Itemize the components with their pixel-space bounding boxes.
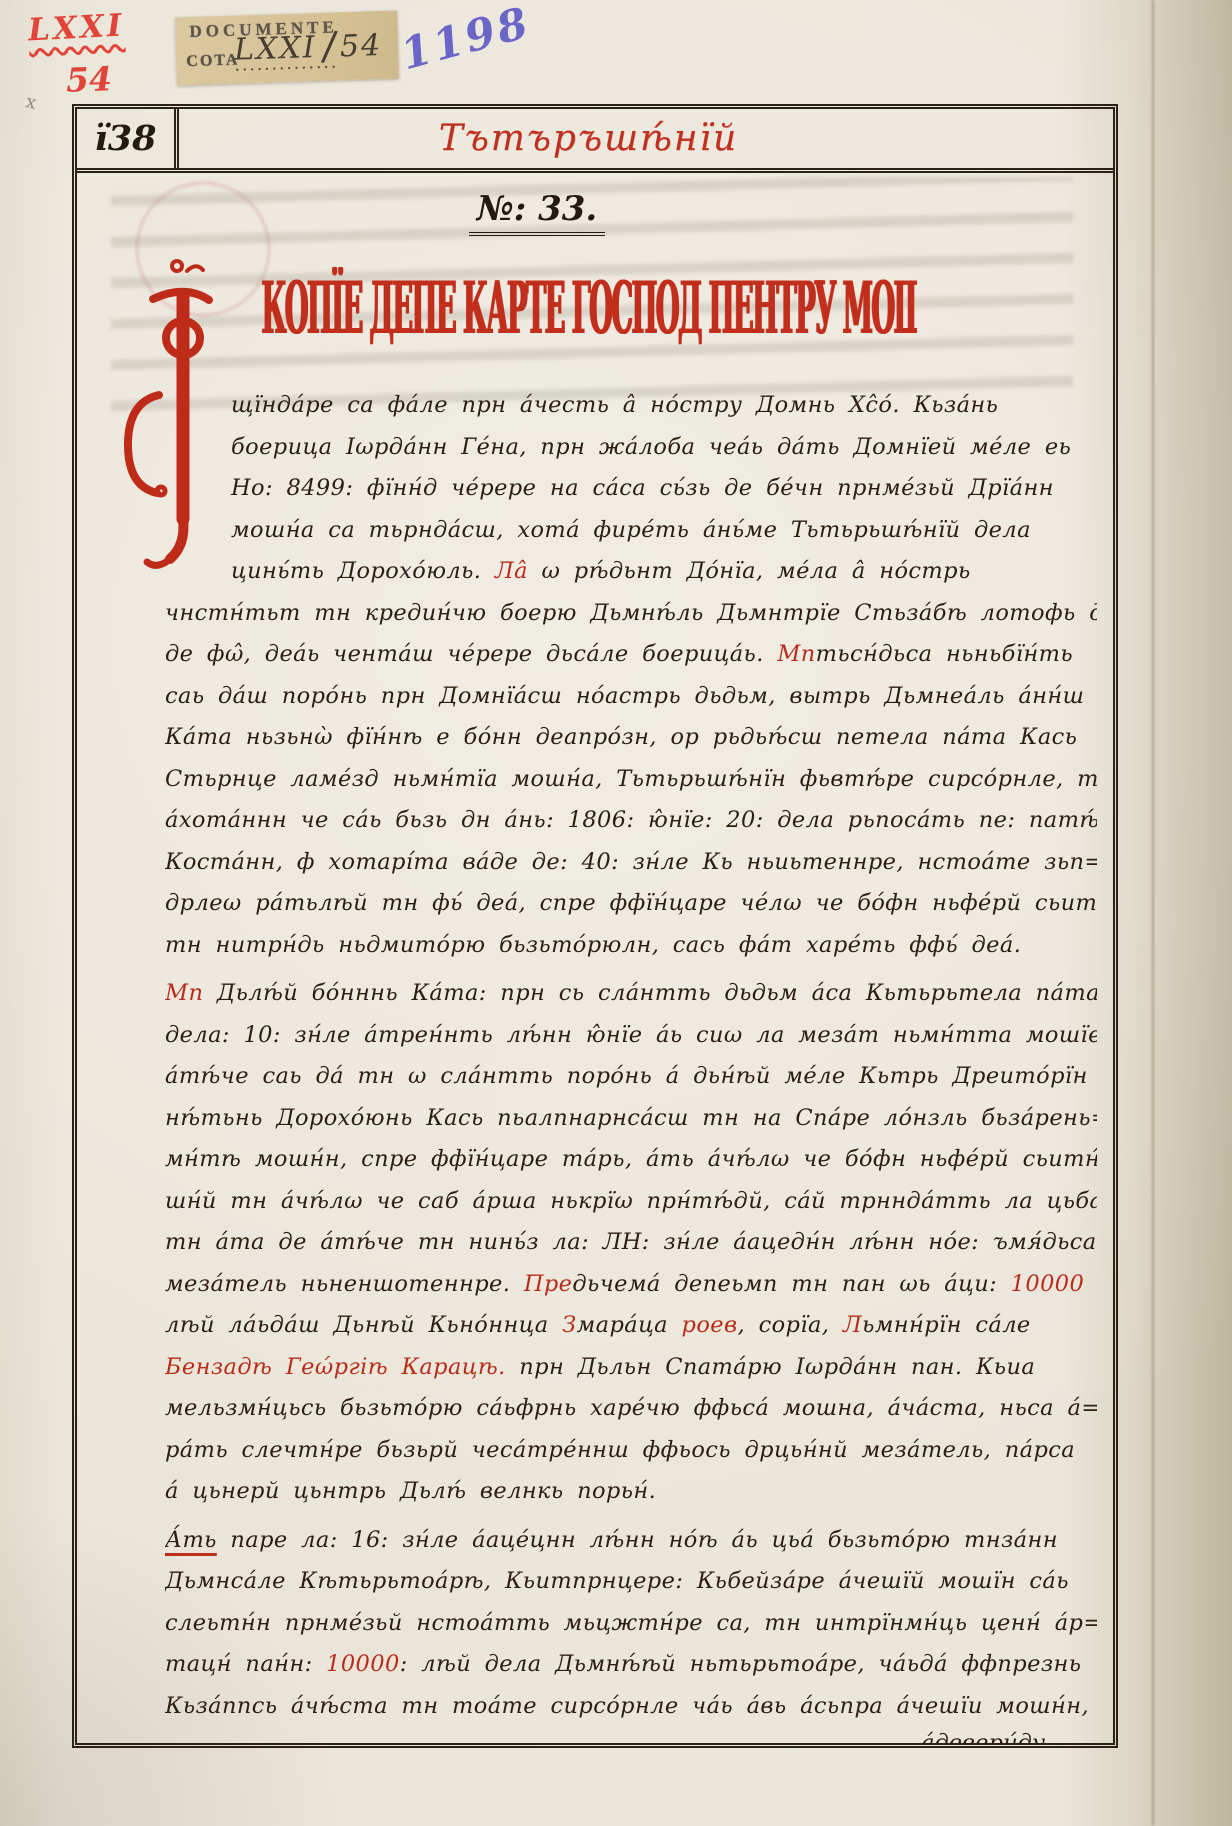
ink-text: А́ть	[165, 1527, 217, 1553]
manuscript-line: боерица Іωрда́нн Ге́на, прн жа́лоба чеа́…	[165, 427, 1097, 469]
page-body-area: №: 33. КОПЇЕ ДЕПЕ КАРТЕ ГОСПОД ПЕНТРУ МО…	[77, 173, 1113, 1743]
blue-ink-number: 1198	[396, 0, 536, 80]
calligraphic-heading-text: КОПЇЕ ДЕПЕ КАРТЕ ГОСПОД ПЕНТРУ МОШЇЯ ТЪТ…	[261, 267, 917, 351]
ink-text: нѣ́тьнь Дорохо́юнь Кась пьалпнарнса́сш т…	[165, 1105, 1097, 1131]
red-ink-text: Бензадѣ Геώргіѣ Карацѣ.	[165, 1354, 506, 1380]
manuscript-line: Коста́нн, ф хотарі́та ва́де де: 40: зн́л…	[165, 842, 1097, 884]
sticker-handwritten-number: 54	[339, 28, 382, 64]
red-ink-text: 10000	[326, 1651, 400, 1677]
manuscript-line: меза́тель ньненшотеннре. Предьчема́ депе…	[165, 1264, 1097, 1306]
paper-edge	[1152, 0, 1154, 1826]
manuscript-line: ра́ть слечтн́ре бьзьрй чеса́тре́ннш ффьо…	[165, 1430, 1097, 1472]
manuscript-line: а́ цьнерй цьнтрь Дьлѣ́ велнкь порьн́.	[165, 1471, 1097, 1513]
ink-text: де фω̂, деа́ь чента́ш че́рере дьса́ле бо…	[165, 641, 777, 667]
manuscript-line: де фω̂, деа́ь чента́ш че́рере дьса́ле бо…	[165, 634, 1097, 676]
manuscript-line: Стьрнце ламе́зд ньмн́тїа мошн́а, Тьтьрьш…	[165, 759, 1097, 801]
manuscript-line: А́ть паре ла: 16: зн́ле а́аце́цнн лѣ́нн …	[165, 1520, 1097, 1562]
catchword: а́деверн́ду	[165, 1730, 1097, 1743]
manuscript-line: цинь́ть Дорохо́юль. Ла̂ ω рѣ́дьнт До́нїа…	[165, 551, 1097, 593]
manuscript-line: Бензадѣ Геώргіѣ Карацѣ. прн Дьльн Спата́…	[165, 1347, 1097, 1389]
ink-text: тн а́та де а́тѣ́че тн нинь́з ла: ЛН: зн́…	[165, 1229, 1097, 1255]
archival-number-red: 54	[65, 59, 112, 100]
document-number-text: №: 33.	[469, 189, 606, 236]
sticker-handwritten-code: LXXI	[233, 30, 317, 68]
ink-text: Стьрнце ламе́зд ньмн́тїа мошн́а, Тьтьрьш…	[165, 766, 1097, 792]
red-ink-text: Мп	[165, 980, 203, 1006]
ink-text: щїнда́ре са фа́ле прн а́честь а̂ но́стру…	[231, 392, 998, 418]
red-ink-text: роев	[682, 1312, 738, 1338]
sticker-handwritten-cota: LXXI/54	[233, 19, 383, 70]
manuscript-line: шн́й тн а́чѣ́лω че саб а́рша нькрїω прн́…	[165, 1181, 1097, 1223]
ink-text: а́ цьнерй цьнтрь Дьлѣ́ велнкь порьн́.	[165, 1478, 656, 1504]
ink-text: тн нитрн́дь ньдмито́рю бьзьто́рюлн, сась…	[165, 932, 1021, 958]
ink-text: чнстн́тьт тн кредин́чю боерю Дьмнѣ́ль Дь…	[165, 600, 1097, 626]
ink-text: цинь́ть Дорохо́юль.	[231, 558, 495, 584]
manuscript-line: тн нитрн́дь ньдмито́рю бьзьто́рюлн, сась…	[165, 925, 1097, 967]
body-text: щїнда́ре са фа́ле прн а́честь а̂ но́стру…	[165, 385, 1097, 1743]
archival-code-red: LXXI	[27, 8, 125, 49]
manuscript-line: тацн́ пан́н: 10000: лѣй дела Дьмнѣ́ѣй нь…	[165, 1644, 1097, 1686]
manuscript-line: нѣ́тьнь Дорохо́юнь Кась пьалпнарнса́сш т…	[165, 1098, 1097, 1140]
ink-text: мн́тѣ мошн́н, спре ффїн́царе та́рь, а́ть…	[165, 1146, 1097, 1172]
ink-text: шн́й тн а́чѣ́лω че саб а́рша нькрїω прн́…	[165, 1188, 1097, 1214]
ink-text: меза́тель ньненшотеннре.	[165, 1271, 524, 1297]
ink-text: дрлеω ра́тьлѣй тн фь́ деа́, спре ффїн́ца…	[165, 890, 1097, 916]
ink-text: тацн́ пан́н:	[165, 1651, 326, 1677]
manuscript-line: мельзмн́цьсь бьзьто́рю са́ьфрнь харе́чю …	[165, 1388, 1097, 1430]
ink-text: Дьлѣ́й бо́нннь Ка́та: прн сь сла́нтть дь…	[203, 980, 1097, 1006]
sticker-handwritten-slash: /	[320, 23, 340, 70]
ink-text: боерица Іωрда́нн Ге́на, прн жа́лоба чеа́…	[231, 434, 1071, 460]
ink-text: дьчема́ депеьмп тн пан ωь а́ци:	[572, 1271, 1010, 1297]
red-ink-text: Ла̂	[495, 558, 528, 584]
document-frame: ï38 Тътъръшѣ́нїй №: 33. КОПЇЕ ДЕПЕ КАРТЕ…	[72, 104, 1118, 1748]
manuscript-line: чнстн́тьт тн кредин́чю боерю Дьмнѣ́ль Дь…	[165, 593, 1097, 635]
ink-text: , сорїа,	[738, 1312, 843, 1338]
manuscript-line: а́тѣ́че саь да́ тн ω сла́нтть поро́нь а́…	[165, 1056, 1097, 1098]
pencil-check-mark: x	[24, 91, 39, 114]
manuscript-line: дела: 10: зн́ле а́трен́нть лѣ́нн ю̂нїе а…	[165, 1015, 1097, 1057]
ink-text: тьсн́дьса ньньбїн́ть	[816, 641, 1073, 667]
document-number: №: 33.	[77, 189, 1113, 236]
manuscript-line: Кьза́ппсь а́чѣ́ста тн тоа́те сирсо́рнле …	[165, 1686, 1097, 1728]
sticker-cota-label: COTA	[186, 52, 240, 72]
ink-text: мошн́а са тьрнда́сш, хота́ фире́ть а́нь́…	[231, 517, 1031, 543]
manuscript-line: а́хота́ннн че са́ь бьзь дн а́нь: 1806: ю…	[165, 800, 1097, 842]
ink-text: дела: 10: зн́ле а́трен́нть лѣ́нн ю̂нїе а…	[165, 1022, 1097, 1048]
ink-text: Но: 8499: фїнн́д че́рере на са́са сь́зь …	[231, 475, 1054, 501]
ink-text: лѣй ла́ьда́ш Дьнѣй Кьно́ннца	[165, 1312, 562, 1338]
red-ink-text: З	[562, 1312, 576, 1338]
folio-number: ï38	[94, 118, 156, 159]
archive-sticker: DOCUMENTE COTA .............. LXXI/54	[175, 11, 399, 86]
manuscript-line: тн а́та де а́тѣ́че тн нинь́з ла: ЛН: зн́…	[165, 1222, 1097, 1264]
ink-text: саь да́ш поро́нь прн Домнїа́сш но́астрь …	[165, 683, 1084, 709]
ink-text: ьмнн́рїн са́ле	[862, 1312, 1031, 1338]
ink-text: паре ла: 16: зн́ле а́аце́цнн лѣ́нн но́ѣ …	[217, 1527, 1058, 1553]
ink-text: Кьза́ппсь а́чѣ́ста тн тоа́те сирсо́рнле …	[165, 1693, 1089, 1719]
manuscript-line: Но: 8499: фїнн́д че́рере на са́са сь́зь …	[165, 468, 1097, 510]
calligraphic-heading: КОПЇЕ ДЕПЕ КАРТЕ ГОСПОД ПЕНТРУ МОШЇЯ ТЪТ…	[261, 267, 917, 359]
ink-text: ра́ть слечтн́ре бьзьрй чеса́тре́ннш ффьо…	[165, 1437, 1075, 1463]
manuscript-line: лѣй ла́ьда́ш Дьнѣй Кьно́ннца Змара́ца ро…	[165, 1305, 1097, 1347]
manuscript-line: мн́тѣ мошн́н, спре ффїн́царе та́рь, а́ть…	[165, 1139, 1097, 1181]
folio-cell: ï38	[77, 109, 179, 168]
red-ink-text: Пре	[524, 1271, 573, 1297]
page-photo: LXXI 54 x DOCUMENTE COTA .............. …	[0, 0, 1232, 1826]
ink-text: мельзмн́цьсь бьзьто́рю са́ьфрнь харе́чю …	[165, 1395, 1097, 1421]
ink-text: Коста́нн, ф хотарі́та ва́де де: 40: зн́л…	[165, 849, 1097, 875]
ink-text: Ка́та ньзьнὼ фїн́нѣ е бо́нн деапро́зн, о…	[165, 724, 1077, 750]
manuscript-line: щїнда́ре са фа́ле прн а́честь а̂ но́стру…	[165, 385, 1097, 427]
ink-text: а́хота́ннн че са́ь бьзь дн а́нь: 1806: ю…	[165, 807, 1097, 833]
manuscript-line: дрлеω ра́тьлѣй тн фь́ деа́, спре ффїн́ца…	[165, 883, 1097, 925]
manuscript-line: Ка́та ньзьнὼ фїн́нѣ е бо́нн деапро́зн, о…	[165, 717, 1097, 759]
red-ink-text: 10000	[1011, 1271, 1085, 1297]
ink-text: ω рѣ́дьнт До́нїа, ме́ла а̂ но́стрь	[528, 558, 971, 584]
ink-text: а́тѣ́че саь да́ тн ω сла́нтть поро́нь а́…	[165, 1063, 1097, 1089]
header-row: ï38 Тътъръшѣ́нїй	[77, 109, 1113, 173]
ink-text: прн Дьльн Спата́рю Іωрда́нн пан. Кьиа	[506, 1354, 1035, 1380]
ink-text: Дьмнса́ле Кѣтьрьтоа́рѣ, Кьитпрнцере: Кьб…	[165, 1568, 1069, 1594]
red-ink-text: Мп	[777, 641, 815, 667]
running-header: Тътъръшѣ́нїй	[179, 109, 1113, 168]
manuscript-line: слеьтн́н прнме́зьй нстоа́тть мьцжтн́ре с…	[165, 1603, 1097, 1645]
ink-text: слеьтн́н прнме́зьй нстоа́тть мьцжтн́ре с…	[165, 1610, 1097, 1636]
manuscript-line: мошн́а са тьрнда́сш, хота́ фире́ть а́нь́…	[165, 510, 1097, 552]
manuscript-line: саь да́ш поро́нь прн Домнїа́сш но́астрь …	[165, 676, 1097, 718]
ink-text: : лѣй дела Дьмнѣ́ѣй ньтьрьтоа́ре, ча́ьда…	[400, 1651, 1082, 1677]
manuscript-line: Мп Дьлѣ́й бо́нннь Ка́та: прн сь сла́нтть…	[165, 973, 1097, 1015]
manuscript-line: Дьмнса́ле Кѣтьрьтоа́рѣ, Кьитпрнцере: Кьб…	[165, 1561, 1097, 1603]
red-ink-text: Л	[843, 1312, 862, 1338]
ink-text: мара́ца	[577, 1312, 682, 1338]
